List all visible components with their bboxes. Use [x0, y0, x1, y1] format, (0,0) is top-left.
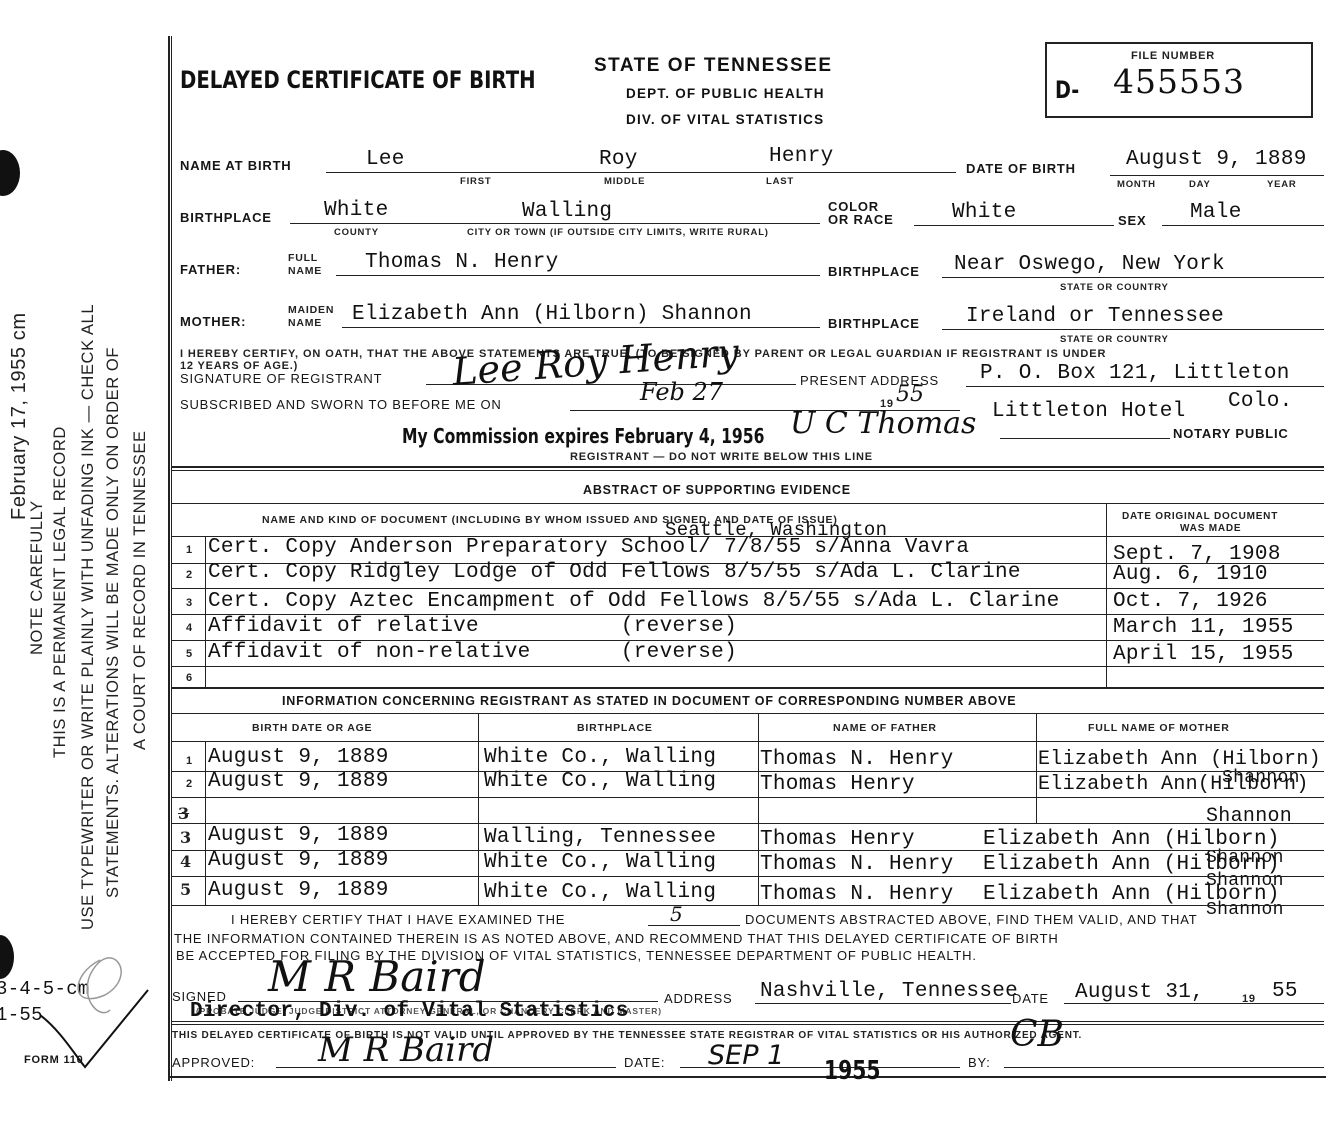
info-col-place: BIRTHPLACE	[577, 722, 653, 734]
abstract-row-document: Affidavit of relative (reverse)	[208, 615, 737, 638]
last-caption: LAST	[766, 176, 794, 187]
mother-birthplace-caption: STATE OR COUNTRY	[1060, 334, 1169, 345]
info-row-father: Thomas N. Henry	[760, 883, 954, 906]
middle-caption: MIDDLE	[604, 176, 645, 187]
info-row-father: Thomas Henry	[760, 828, 915, 851]
signature-label: SIGNATURE OF REGISTRANT	[180, 371, 382, 386]
commission-stamp: My Commission expires February 4, 1956	[402, 424, 764, 448]
info-row-num: 5	[180, 880, 191, 899]
divider-abstract-header	[172, 503, 1324, 504]
info-row-place: Walling, Tennessee	[484, 826, 716, 849]
info-row-line	[172, 797, 1324, 798]
margin-note-carefully: NOTE CAREFULLY	[28, 500, 47, 655]
margin-permanent-record: THIS IS A PERMANENT LEGAL RECORD	[51, 426, 70, 758]
abstract-row-date: Aug. 6, 1910	[1113, 563, 1268, 586]
abstract-bottom-line	[172, 687, 1324, 689]
mother-name-label-1: MAIDEN	[288, 304, 334, 316]
father-birthplace-label: BIRTHPLACE	[828, 264, 920, 279]
frame-left-border	[168, 36, 172, 1081]
info-row-line	[172, 905, 1324, 906]
cert-date-label: DATE	[1012, 991, 1049, 1006]
info-row-mother-extra: Shannon	[1206, 900, 1284, 920]
do-not-write-warning: REGISTRANT — DO NOT WRITE BELOW THIS LIN…	[570, 451, 873, 463]
info-title: INFORMATION CONCERNING REGISTRANT AS STA…	[282, 694, 1016, 708]
father-name-line	[336, 275, 820, 276]
race-label-2: OR RACE	[828, 212, 894, 227]
info-row-father: Thomas Henry	[760, 773, 915, 796]
divider-abstract-top	[172, 466, 1324, 468]
info-col-divider-2	[758, 713, 759, 906]
cert-bottom-line	[172, 1021, 1324, 1022]
info-row-mother-extra: Shannon	[1206, 805, 1292, 828]
by-line	[1004, 1067, 1324, 1068]
file-number-value: 455553	[1113, 62, 1245, 101]
info-row-num: 2	[186, 778, 192, 790]
info-row-birth: August 9, 1889	[208, 770, 389, 793]
race-value: White	[952, 201, 1017, 224]
abstract-col-divider	[1106, 503, 1107, 688]
approval-date-stamp: SEP 1	[708, 1040, 784, 1071]
hole-punch-top	[0, 150, 20, 196]
margin-handwritten-date: February 17, 1955 cm	[8, 312, 31, 520]
name-at-birth-label: NAME AT BIRTH	[180, 158, 292, 173]
address-line-2: Littleton Hotel	[992, 400, 1186, 423]
father-name-label-2: NAME	[288, 265, 322, 277]
cert-address-line	[755, 1003, 1011, 1004]
info-col-divider-3	[1036, 713, 1037, 823]
sworn-date: Feb 27	[640, 378, 723, 406]
approved-label: APPROVED:	[172, 1055, 255, 1070]
doc-count-line	[648, 925, 740, 926]
info-row-father: Thomas N. Henry	[760, 853, 954, 876]
city-caption: CITY OR TOWN (IF OUTSIDE CITY LIMITS, WR…	[467, 227, 769, 238]
dob-value: August 9, 1889	[1126, 148, 1307, 171]
margin-instruction-3: A COURT OF RECORD IN TENNESSEE	[131, 430, 150, 750]
abstract-row-document: Cert. Copy Anderson Preparatory School/ …	[208, 536, 969, 559]
hole-punch-bottom	[0, 935, 14, 979]
father-birthplace-line	[942, 277, 1324, 278]
middle-name: Roy	[599, 148, 638, 171]
info-row-place: White Co., Walling	[484, 851, 716, 874]
abstract-col-date-1: DATE ORIGINAL DOCUMENT	[1122, 511, 1278, 522]
info-col-mother: FULL NAME OF MOTHER	[1088, 722, 1230, 734]
info-row-birth: August 9, 1889	[208, 746, 389, 769]
birthplace-line	[290, 223, 820, 224]
info-header-line	[172, 741, 1324, 742]
info-row-num: 3	[180, 828, 191, 847]
birth-city: Walling	[522, 200, 612, 223]
abstract-row-line	[172, 666, 1324, 667]
notary-line	[1000, 438, 1170, 439]
by-initials: CB	[1010, 1014, 1064, 1055]
father-name-label-1: FULL	[288, 252, 318, 264]
day-caption: DAY	[1189, 179, 1211, 190]
notary-public-label: NOTARY PUBLIC	[1173, 426, 1289, 441]
abstract-row-num: 6	[186, 672, 192, 684]
director-signature: M R Baird	[268, 952, 486, 1001]
approval-notice: THIS DELAYED CERTIFICATE OF BIRTH IS NOT…	[172, 1030, 1082, 1041]
by-label: BY:	[968, 1055, 991, 1070]
first-name: Lee	[366, 148, 405, 171]
mother-birthplace-line	[942, 329, 1324, 330]
checkmark-icon	[30, 915, 160, 1075]
info-row-birth: August 9, 1889	[208, 849, 389, 872]
address-line-1: P. O. Box 121, Littleton	[980, 362, 1290, 385]
info-row-num-struck: 3	[178, 804, 189, 823]
info-row-line	[172, 876, 1324, 877]
certificate-title: DELAYED CERTIFICATE OF BIRTH	[180, 66, 536, 94]
mother-name-line	[342, 327, 820, 328]
abstract-row-num: 5	[186, 648, 192, 660]
approved-signature: M R Baird	[318, 1030, 494, 1070]
mother-birthplace: Ireland or Tennessee	[966, 305, 1224, 328]
county-caption: COUNTY	[334, 227, 379, 238]
info-row-num: 1	[186, 755, 192, 767]
first-caption: FIRST	[460, 176, 491, 187]
file-number-box: FILE NUMBER D- 455553	[1045, 42, 1313, 118]
address-line-3: Colo.	[1228, 390, 1293, 413]
info-col-birth: BIRTH DATE OR AGE	[252, 722, 372, 734]
abstract-title: ABSTRACT OF SUPPORTING EVIDENCE	[583, 483, 851, 497]
father-birthplace: Near Oswego, New York	[954, 253, 1225, 276]
sex-value: Male	[1190, 201, 1242, 224]
sworn-year: 55	[896, 382, 924, 407]
mother-name-label-2: NAME	[288, 317, 322, 329]
info-row-num: 4	[180, 852, 191, 871]
month-caption: MONTH	[1117, 179, 1156, 190]
father-name: Thomas N. Henry	[365, 251, 559, 274]
abstract-row-num: 3	[186, 597, 192, 609]
department: DEPT. OF PUBLIC HEALTH	[626, 86, 825, 101]
cert-title-typed: Director, Div. of Vital Statistics	[190, 1000, 629, 1023]
dob-line	[1110, 175, 1324, 176]
info-row-birth: August 9, 1889	[208, 879, 389, 902]
margin-instruction-1: USE TYPEWRITER OR WRITE PLAINLY WITH UNF…	[79, 304, 98, 930]
cert-year-prefix: 19	[1242, 993, 1256, 1005]
dob-label: DATE OF BIRTH	[966, 161, 1076, 176]
info-col-divider-1	[478, 713, 479, 906]
cert-year: 55	[1272, 980, 1298, 1003]
cert-line-2: THE INFORMATION CONTAINED THEREIN IS AS …	[174, 931, 1059, 946]
info-title-line	[172, 713, 1324, 714]
cert-date: August 31,	[1075, 981, 1204, 1004]
mother-label: MOTHER:	[180, 314, 246, 329]
abstract-row-num: 4	[186, 622, 192, 634]
abstract-row-document: Cert. Copy Ridgley Lodge of Odd Fellows …	[208, 561, 1021, 584]
margin-instruction-2: STATEMENTS. ALTERATIONS WILL BE MADE ONL…	[104, 347, 123, 898]
sex-label: SEX	[1118, 213, 1146, 228]
father-label: FATHER:	[180, 262, 241, 277]
doc-count: 5	[670, 902, 683, 926]
cert-bottom-line-2	[172, 1024, 1324, 1025]
info-row-birth: August 9, 1889	[208, 824, 389, 847]
division: DIV. OF VITAL STATISTICS	[626, 112, 824, 127]
info-col-father: NAME OF FATHER	[833, 722, 937, 734]
abstract-row-line	[172, 588, 1324, 589]
state-title: STATE OF TENNESSEE	[594, 55, 833, 77]
birthplace-label: BIRTHPLACE	[180, 210, 272, 225]
address-line	[966, 386, 1324, 387]
info-row-place: White Co., Walling	[484, 881, 716, 904]
file-prefix: D-	[1055, 76, 1079, 104]
notary-signature: U C Thomas	[790, 406, 976, 441]
abstract-row-date: March 11, 1955	[1113, 616, 1294, 639]
approval-year-stamp: 1955	[824, 1056, 880, 1086]
divider-abstract-top-2	[172, 470, 1324, 471]
race-line	[914, 225, 1114, 226]
abstract-row-document: Cert. Copy Aztec Encampment of Odd Fello…	[208, 590, 1060, 613]
info-row-place: White Co., Walling	[484, 746, 716, 769]
cert-line-1a: I HEREBY CERTIFY THAT I HAVE EXAMINED TH…	[231, 912, 565, 927]
father-birthplace-caption: STATE OR COUNTRY	[1060, 282, 1169, 293]
abstract-col-date-2: WAS MADE	[1180, 523, 1241, 534]
cert-address: Nashville, Tennessee	[760, 980, 1018, 1003]
approval-date-label: DATE:	[624, 1055, 665, 1070]
info-row-mother: Elizabeth Ann(Hilborn)	[1038, 773, 1309, 796]
abstract-row-document: Affidavit of non-relative (reverse)	[208, 641, 737, 664]
birth-county: White	[324, 199, 389, 222]
abstract-row-date: Oct. 7, 1926	[1113, 590, 1268, 613]
info-row-place: White Co., Walling	[484, 770, 716, 793]
info-row-father: Thomas N. Henry	[760, 748, 954, 771]
form-number: FORM 110	[24, 1054, 84, 1066]
file-number-label: FILE NUMBER	[1131, 50, 1215, 62]
sex-line	[1162, 225, 1324, 226]
frame-bottom-border	[168, 1076, 1326, 1078]
year-caption: YEAR	[1267, 179, 1297, 190]
abstract-row-num: 2	[186, 569, 192, 581]
abstract-row-num: 1	[186, 544, 192, 556]
sworn-label: SUBSCRIBED AND SWORN TO BEFORE ME ON	[180, 397, 502, 412]
mother-name: Elizabeth Ann (Hilborn) Shannon	[352, 303, 752, 326]
name-line	[326, 172, 956, 173]
abstract-row-date: April 15, 1955	[1113, 643, 1294, 666]
cert-address-label: ADDRESS	[664, 991, 732, 1006]
mother-birthplace-label: BIRTHPLACE	[828, 316, 920, 331]
cert-line-1b: DOCUMENTS ABSTRACTED ABOVE, FIND THEM VA…	[745, 912, 1197, 927]
last-name: Henry	[769, 145, 834, 168]
